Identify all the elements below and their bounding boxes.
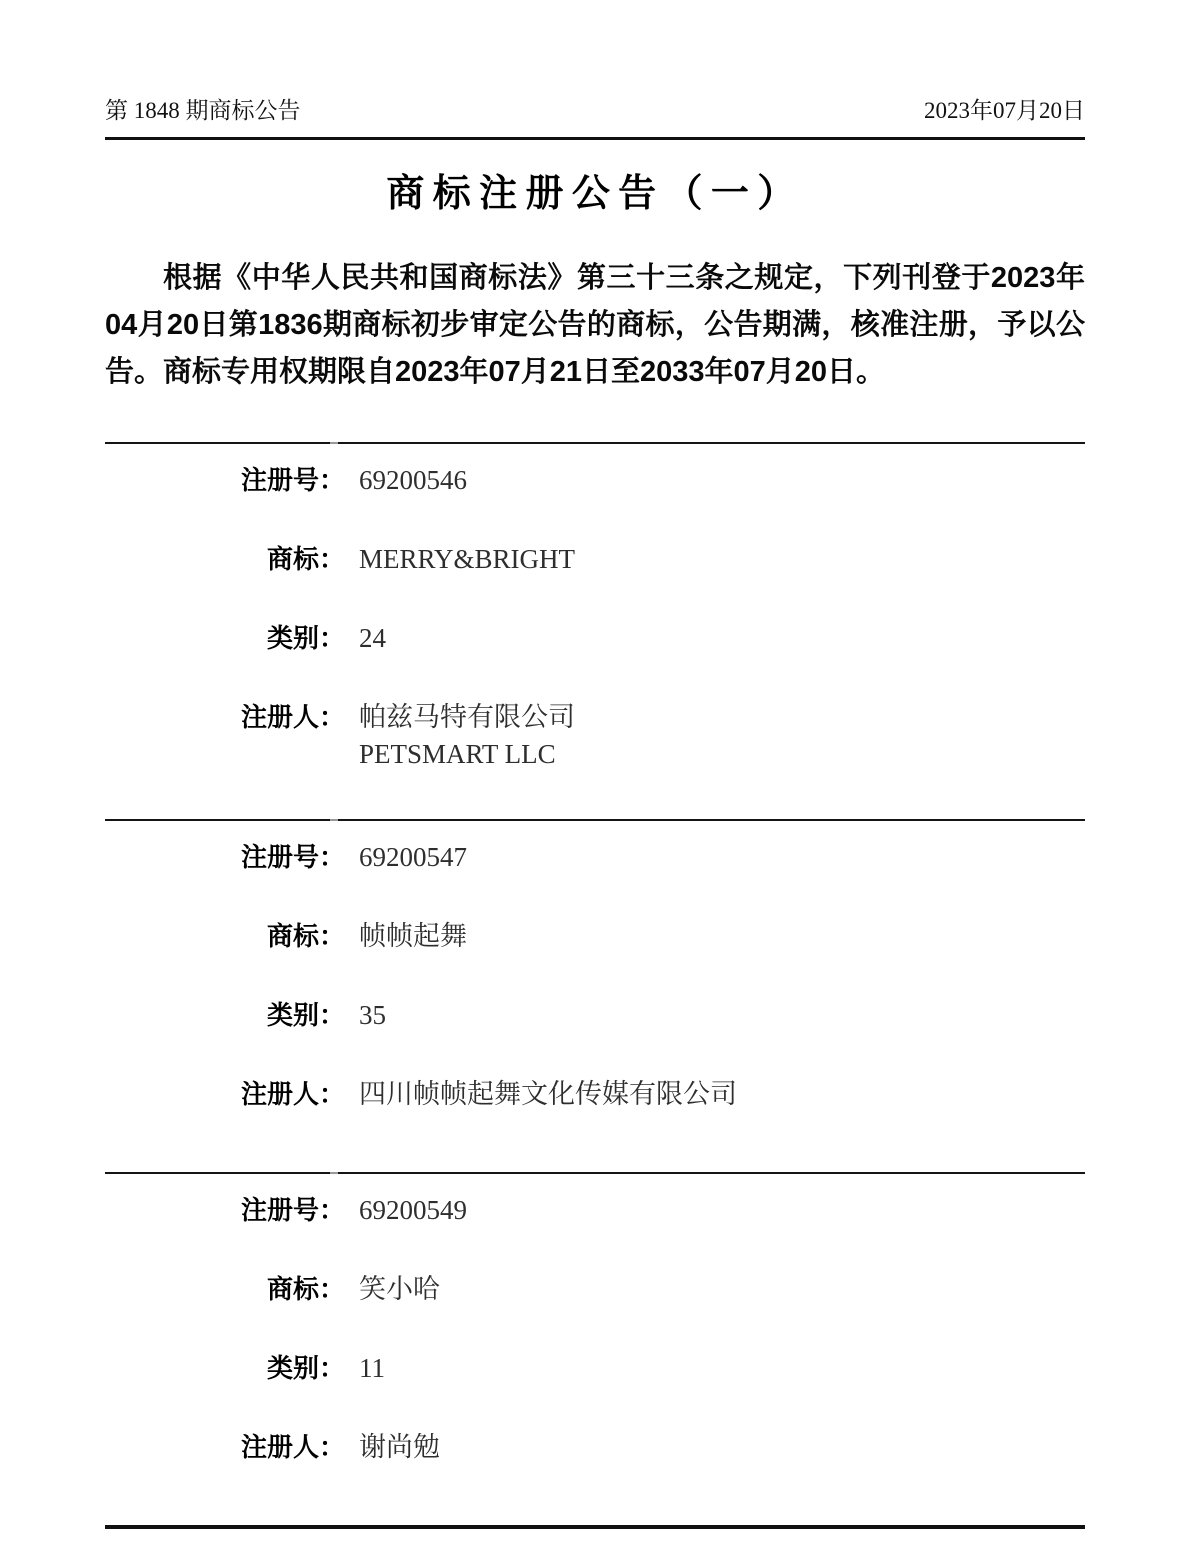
page-header: 第 1848 期商标公告 2023年07月20日 <box>105 92 1085 125</box>
class-label: 类别： <box>105 620 345 657</box>
field-row-reg-no: 注册号： 69200546 <box>105 462 1085 499</box>
reg-no-label: 注册号： <box>105 462 345 499</box>
field-row-reg-no: 注册号： 69200547 <box>105 839 1085 876</box>
gazette-date: 2023年07月20日 <box>924 92 1085 125</box>
field-row-registrant: 注册人： 四川帧帧起舞文化传媒有限公司 <box>105 1076 1085 1113</box>
registrant-label: 注册人： <box>105 1429 345 1466</box>
header-divider <box>105 137 1085 140</box>
registrant-name-cn: 帕兹马特有限公司 <box>359 699 575 736</box>
trademark-label: 商标： <box>105 918 345 955</box>
trademark-label: 商标： <box>105 1271 345 1308</box>
intro-paragraph: 根据《中华人民共和国商标法》第三十三条之规定，下列刊登于2023年04月20日第… <box>105 255 1085 396</box>
field-row-trademark: 商标： MERRY&BRIGHT <box>105 541 1085 578</box>
field-row-class: 类别： 35 <box>105 997 1085 1034</box>
field-row-registrant: 注册人： 帕兹马特有限公司 PETSMART LLC <box>105 699 1085 773</box>
trademark-value: 笑小哈 <box>359 1271 440 1308</box>
page-title: 商标注册公告（一） <box>105 162 1085 217</box>
trademark-label: 商标： <box>105 541 345 578</box>
entries-table: 注册号： 69200546 商标： MERRY&BRIGHT 类别： 24 注册… <box>105 442 1085 1529</box>
trademark-entry-1: 注册号： 69200546 商标： MERRY&BRIGHT 类别： 24 注册… <box>105 444 1085 819</box>
gazette-page: 第 1848 期商标公告 2023年07月20日 商标注册公告（一） 根据《中华… <box>0 0 1190 1564</box>
reg-no-label: 注册号： <box>105 839 345 876</box>
reg-no-value: 69200547 <box>359 839 467 876</box>
field-row-class: 类别： 11 <box>105 1350 1085 1387</box>
registrant-label: 注册人： <box>105 1076 345 1113</box>
reg-no-value: 69200546 <box>359 462 467 499</box>
class-value: 35 <box>359 997 386 1034</box>
page-bottom-divider <box>105 1525 1085 1529</box>
trademark-entry-3: 注册号： 69200549 商标： 笑小哈 类别： 11 注册人： 谢尚勉 <box>105 1174 1085 1525</box>
class-value: 11 <box>359 1350 385 1387</box>
class-value: 24 <box>359 620 386 657</box>
field-row-reg-no: 注册号： 69200549 <box>105 1192 1085 1229</box>
field-row-class: 类别： 24 <box>105 620 1085 657</box>
field-row-trademark: 商标： 帧帧起舞 <box>105 918 1085 955</box>
reg-no-value: 69200549 <box>359 1192 467 1229</box>
registrant-value: 谢尚勉 <box>359 1429 440 1466</box>
class-label: 类别： <box>105 1350 345 1387</box>
registrant-value: 帕兹马特有限公司 PETSMART LLC <box>359 699 575 773</box>
gazette-issue-number: 第 1848 期商标公告 <box>105 92 301 125</box>
trademark-entry-2: 注册号： 69200547 商标： 帧帧起舞 类别： 35 注册人： 四川帧帧起… <box>105 821 1085 1172</box>
field-row-registrant: 注册人： 谢尚勉 <box>105 1429 1085 1466</box>
reg-no-label: 注册号： <box>105 1192 345 1229</box>
trademark-value: 帧帧起舞 <box>359 918 467 955</box>
registrant-value: 四川帧帧起舞文化传媒有限公司 <box>359 1076 737 1113</box>
class-label: 类别： <box>105 997 345 1034</box>
page-content: 第 1848 期商标公告 2023年07月20日 商标注册公告（一） 根据《中华… <box>105 0 1085 1529</box>
trademark-value: MERRY&BRIGHT <box>359 541 575 578</box>
registrant-name-en: PETSMART LLC <box>359 736 575 773</box>
field-row-trademark: 商标： 笑小哈 <box>105 1271 1085 1308</box>
registrant-label: 注册人： <box>105 699 345 736</box>
